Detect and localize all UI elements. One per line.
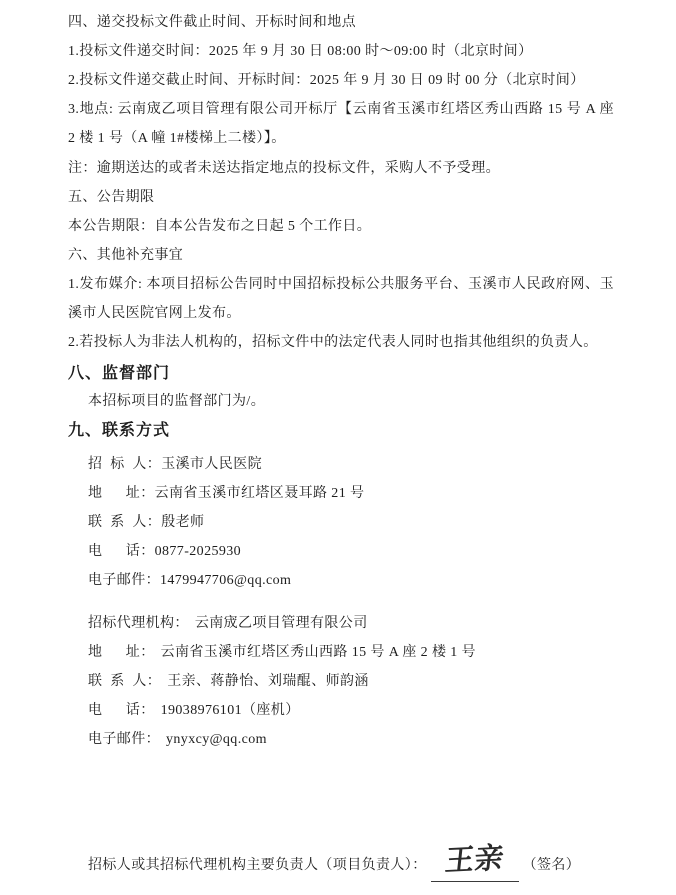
- bidder-name-label: 招 标 人：: [88, 450, 161, 479]
- bidder-address-label: 地 址：: [88, 479, 155, 508]
- section4-note: 注：逾期送达的或者未送达指定地点的投标文件，采购人不予受理。: [68, 154, 614, 183]
- bidder-contact-person-value: 殷老师: [161, 508, 204, 537]
- bidder-row-phone: 电 话： 0877-2025930: [68, 537, 614, 566]
- agency-row-address: 地 址： 云南省玉溪市红塔区秀山西路 15 号 A 座 2 楼 1 号: [68, 638, 614, 667]
- section8-heading: 八、监督部门: [68, 361, 614, 387]
- agency-row-email: 电子邮件： ynyxcy@qq.com: [68, 725, 614, 754]
- section9-heading: 九、联系方式: [68, 418, 614, 444]
- bidder-contact-block: 招 标 人： 玉溪市人民医院 地 址： 云南省玉溪市红塔区聂耳路 21 号 联 …: [68, 450, 614, 595]
- bidder-email-label: 电子邮件：: [88, 566, 160, 595]
- section5-body: 本公告期限：自本公告发布之日起 5 个工作日。: [68, 212, 614, 241]
- agency-address-label: 地 址：: [88, 638, 155, 667]
- agency-address-value: 云南省玉溪市红塔区秀山西路 15 号 A 座 2 楼 1 号: [161, 638, 476, 667]
- bidder-address-value: 云南省玉溪市红塔区聂耳路 21 号: [155, 479, 365, 508]
- agency-phone-label: 电 话：: [88, 696, 155, 725]
- tender-announcement-page: 四、递交投标文件截止时间、开标时间和地点 1.投标文件递交时间：2025 年 9…: [0, 0, 676, 895]
- bidder-row-name: 招 标 人： 玉溪市人民医院: [68, 450, 614, 479]
- agency-contact-person-value: 王亲、蒋静怡、刘瑞醌、师韵涵: [167, 667, 369, 696]
- agency-contact-person-label: 联 系 人：: [88, 667, 161, 696]
- signature-line: 王亲: [431, 846, 519, 882]
- bidder-phone-label: 电 话：: [88, 537, 155, 566]
- section5-heading: 五、公告期限: [68, 183, 614, 212]
- agency-name-value: 云南宬乙项目管理有限公司: [195, 609, 368, 638]
- section6-heading: 六、其他补充事宜: [68, 241, 614, 270]
- signature-prefix: 招标人或其招标代理机构主要负责人（项目负责人）：: [88, 858, 427, 873]
- bidder-row-email: 电子邮件： 1479947706@qq.com: [68, 566, 614, 595]
- agency-email-label: 电子邮件：: [88, 725, 160, 754]
- section4-item-submission-time: 1.投标文件递交时间：2025 年 9 月 30 日 08:00 时～09:00…: [68, 37, 614, 66]
- bidder-row-address: 地 址： 云南省玉溪市红塔区聂耳路 21 号: [68, 479, 614, 508]
- agency-row-contact-person: 联 系 人： 王亲、蒋静怡、刘瑞醌、师韵涵: [68, 667, 614, 696]
- agency-row-name: 招标代理机构： 云南宬乙项目管理有限公司: [68, 609, 614, 638]
- section4-heading: 四、递交投标文件截止时间、开标时间和地点: [68, 8, 614, 37]
- handwritten-signature: 王亲: [438, 844, 512, 878]
- signature-suffix: （签名）: [523, 858, 581, 873]
- section4-item-location: 3.地点: 云南宬乙项目管理有限公司开标厅【云南省玉溪市红塔区秀山西路 15 号…: [68, 95, 614, 153]
- bidder-row-contact-person: 联 系 人： 殷老师: [68, 508, 614, 537]
- bidder-phone-value: 0877-2025930: [155, 537, 241, 566]
- agency-email-value: ynyxcy@qq.com: [166, 725, 267, 754]
- section4-item-deadline-time: 2.投标文件递交截止时间、开标时间：2025 年 9 月 30 日 09 时 0…: [68, 66, 614, 95]
- bidder-contact-person-label: 联 系 人：: [88, 508, 161, 537]
- section6-item-media: 1.发布媒介: 本项目招标公告同时中国招标投标公共服务平台、玉溪市人民政府网、玉…: [68, 270, 614, 328]
- bidder-name-value: 玉溪市人民医院: [161, 450, 262, 479]
- agency-contact-block: 招标代理机构： 云南宬乙项目管理有限公司 地 址： 云南省玉溪市红塔区秀山西路 …: [68, 609, 614, 754]
- signature-row: 招标人或其招标代理机构主要负责人（项目负责人）：王亲（签名）: [68, 846, 614, 882]
- agency-name-label: 招标代理机构：: [88, 609, 189, 638]
- agency-phone-value: 19038976101（座机）: [161, 696, 300, 725]
- agency-row-phone: 电 话： 19038976101（座机）: [68, 696, 614, 725]
- bidder-email-value: 1479947706@qq.com: [160, 566, 291, 595]
- section8-body: 本招标项目的监督部门为/。: [68, 387, 614, 416]
- section6-item-legal-rep: 2.若投标人为非法人机构的，招标文件中的法定代表人同时也指其他组织的负责人。: [68, 328, 614, 357]
